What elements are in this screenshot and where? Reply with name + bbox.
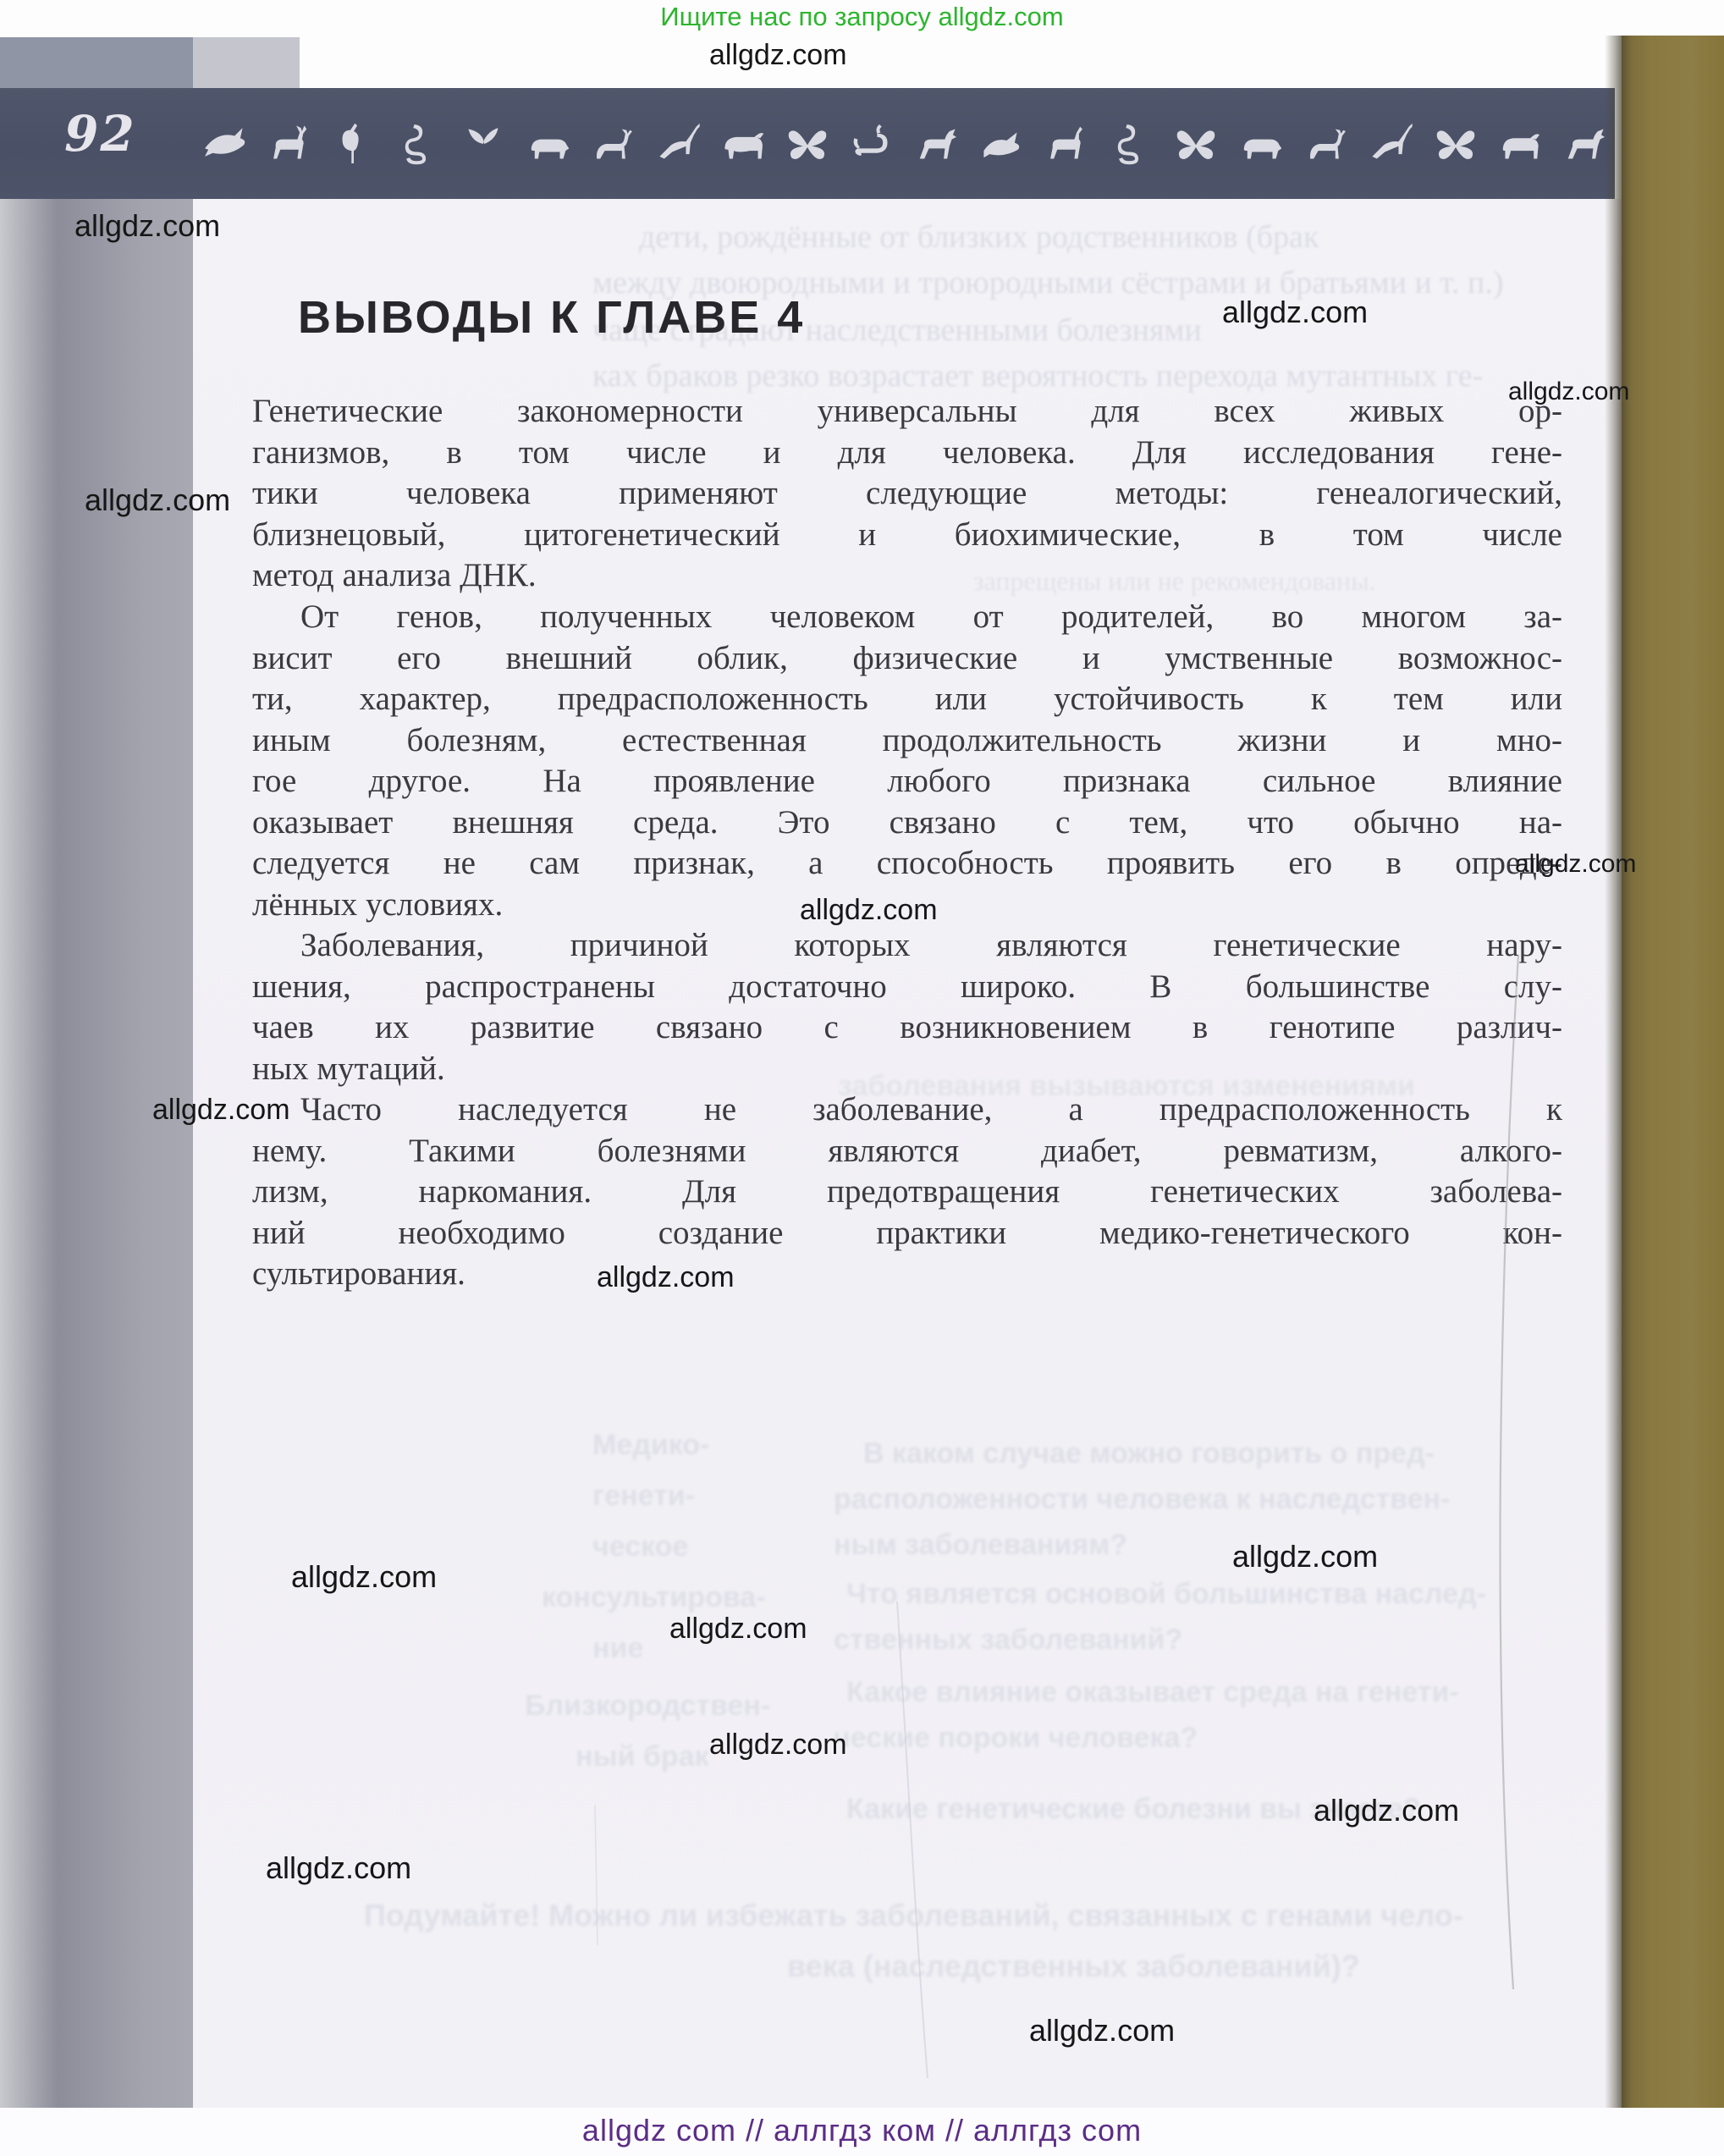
- text-line: ганизмов, в том числе и для человека. Дл…: [252, 433, 1562, 474]
- text-line: оказывает внешняя среда. Это связано с т…: [252, 802, 1562, 844]
- text-line: Заболевания, причиной которых являются г…: [252, 925, 1562, 967]
- watermark: allgdz.com: [1508, 378, 1629, 406]
- crane-icon: [331, 121, 377, 167]
- boar-icon: [1238, 121, 1284, 167]
- text-line: От генов, полученных человеком от родите…: [252, 597, 1562, 638]
- watermark: allgdz.com: [709, 39, 847, 72]
- scanned-textbook-page: { "banner": { "top_note": "Ищите нас по …: [0, 0, 1724, 2156]
- text-line: ний необходимо создание практики медико-…: [252, 1213, 1562, 1254]
- antelope-icon: [655, 121, 701, 167]
- page-number: 92: [64, 105, 136, 163]
- butterfly-icon: [1173, 121, 1219, 167]
- deer-icon: [1044, 121, 1089, 167]
- text-line: следуется не сам признак, а способность …: [252, 843, 1562, 885]
- scorpion-icon: [850, 121, 895, 167]
- bison-icon: [720, 121, 766, 167]
- text-line: Часто наследуется не заболевание, а пред…: [252, 1089, 1562, 1131]
- bull-icon: [1497, 121, 1543, 167]
- text-line: тики человека применяют следующие методы…: [252, 473, 1562, 515]
- watermark: allgdz.com: [597, 1261, 735, 1294]
- text-line: метод анализа ДНК.: [252, 555, 1562, 597]
- text-line: нему. Такими болезнями являются диабет, …: [252, 1131, 1562, 1172]
- watermark: allgdz.com: [1515, 850, 1636, 879]
- watermark: allgdz.com: [1232, 1539, 1378, 1574]
- watermark: allgdz.com: [709, 1729, 847, 1762]
- scan-gray-corner-dark: [0, 37, 193, 89]
- paragraph-2: От генов, полученных человеком от родите…: [252, 597, 1562, 925]
- scan-gray-corner-light: [193, 37, 300, 89]
- text-line: ти, характер, предрасположенность или ус…: [252, 679, 1562, 720]
- text-line: иным болезням, естественная продолжитель…: [252, 720, 1562, 762]
- cat-icon: [1303, 121, 1349, 167]
- watermark: allgdz.com: [291, 1559, 437, 1595]
- text-line: шения, распространены достаточно широко.…: [252, 967, 1562, 1008]
- text-line: Генетические закономерности универсальны…: [252, 391, 1562, 433]
- butterfly-icon: [785, 121, 830, 167]
- text-line: близнецовый, цитогенетический и биохимич…: [252, 515, 1562, 556]
- page-crease-shadow: [1605, 36, 1622, 2108]
- paragraph-3: Заболевания, причиной которых являются г…: [252, 925, 1562, 1089]
- antelope-icon: [1368, 121, 1413, 167]
- bird-icon: [979, 121, 1025, 167]
- paragraph-4: Часто наследуется не заболевание, а пред…: [252, 1089, 1562, 1295]
- watermark: allgdz.com: [85, 482, 230, 518]
- boar-icon: [526, 121, 571, 167]
- search-hint-note: Ищите нас по запросу allgdz.com: [660, 2, 1063, 32]
- horse-icon: [1562, 121, 1608, 167]
- dolphin-icon: [201, 121, 247, 167]
- watermark: allgdz.com: [669, 1613, 807, 1646]
- watermark: allgdz.com: [1222, 295, 1368, 330]
- text-line: лизм, наркомания. Для предотвращения ген…: [252, 1172, 1562, 1213]
- watermark: allgdz.com: [152, 1094, 290, 1127]
- snake-icon: [1109, 121, 1154, 167]
- watermark: allgdz.com: [800, 894, 938, 927]
- chapter-conclusions-title: ВЫВОДЫ К ГЛАВЕ 4: [298, 291, 805, 344]
- text-line: чаев их развитие связано с возникновение…: [252, 1007, 1562, 1049]
- snake-icon: [396, 121, 442, 167]
- moose-icon: [267, 121, 312, 167]
- text-line: ных мутаций.: [252, 1049, 1562, 1090]
- text-line: гое другое. На проявление любого признак…: [252, 761, 1562, 802]
- watermark: allgdz.com: [1029, 2013, 1175, 2048]
- watermark: allgdz.com: [1314, 1793, 1459, 1828]
- plant-icon: [460, 121, 506, 167]
- butterfly-icon: [1433, 121, 1479, 167]
- cat-icon: [590, 121, 636, 167]
- text-line: сультирования.: [252, 1254, 1562, 1295]
- horse-icon: [914, 121, 960, 167]
- animal-row: [201, 88, 1608, 199]
- footer-site-note: allgdz com // аллгдз ком // аллгдз com: [0, 2113, 1724, 2148]
- watermark: allgdz.com: [266, 1850, 411, 1886]
- paragraph-1: Генетические закономерности универсальны…: [252, 391, 1562, 597]
- text-line: висит его внешний облик, физические и ум…: [252, 638, 1562, 680]
- book-cover-edge: [1622, 36, 1724, 2108]
- watermark: allgdz.com: [74, 208, 220, 244]
